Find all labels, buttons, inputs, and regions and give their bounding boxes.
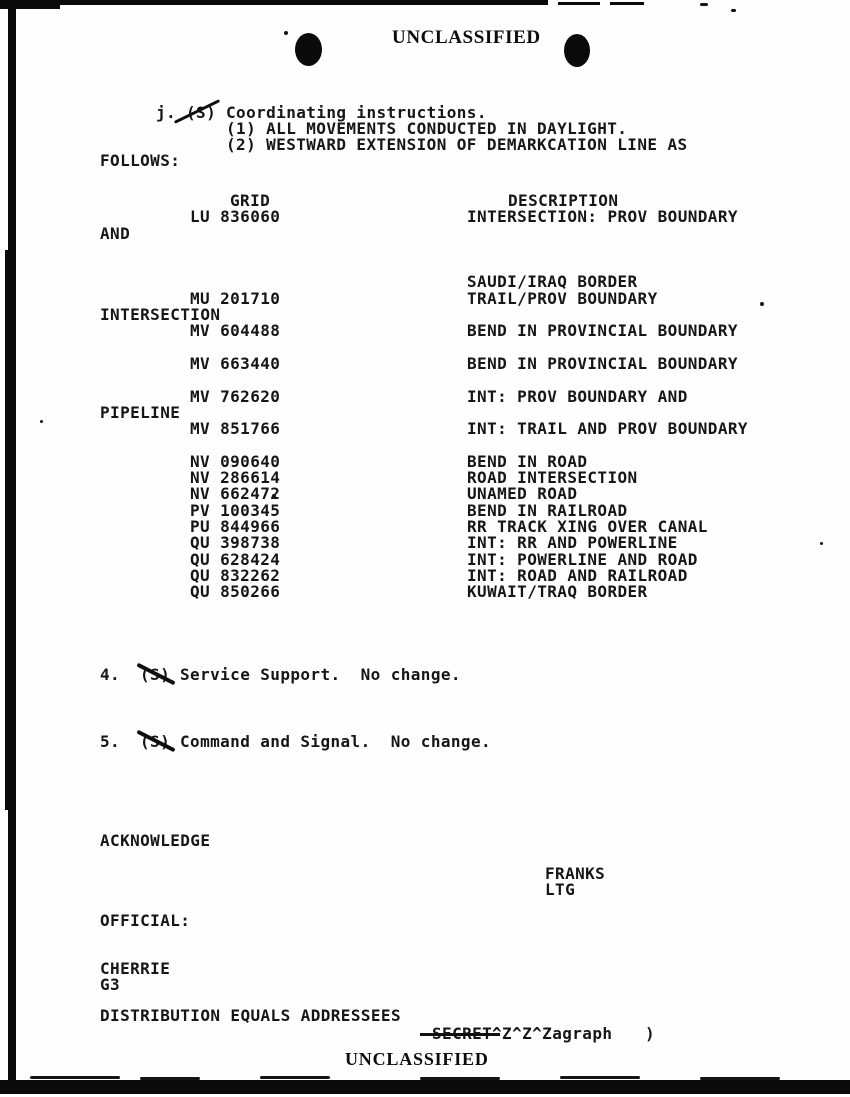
description-cell: INT: PROV BOUNDARY AND (467, 389, 688, 405)
scan-speck-3 (284, 31, 288, 35)
scan-left-border-shadow (5, 250, 8, 810)
scan-left-border (8, 0, 16, 1082)
secret-strikethrough-mark (420, 1033, 500, 1036)
ink-blob-right (564, 34, 590, 67)
description-cell: BEND IN PROVINCIAL BOUNDARY (467, 323, 738, 339)
grid-table-rows: LU 836060INTERSECTION: PROV BOUNDARYANDS… (100, 209, 800, 600)
description-cell: INTERSECTION: PROV BOUNDARY (467, 209, 738, 225)
para-j-classification-marker: (S) (186, 105, 216, 121)
distribution-line: DISTRIBUTION EQUALS ADDRESSEES (100, 1008, 401, 1024)
scan-bottom-dash-3 (260, 1076, 330, 1079)
para-4-number: 4. (100, 667, 120, 683)
para-5-classification-marker: (S) (140, 734, 170, 750)
description-cell: INT: RR AND POWERLINE (467, 535, 678, 551)
grid-coordinate-cell: NV 662472 (190, 486, 280, 502)
table-row: AND (100, 226, 800, 242)
para-j-label: j. (156, 105, 176, 121)
para-j-item-2: (2) WESTWARD EXTENSION OF DEMARKCATION L… (226, 137, 688, 153)
description-wrap-word: PIPELINE (100, 405, 180, 421)
teletype-paren: ) (645, 1026, 655, 1042)
para-4-classification-marker: (S) (140, 667, 170, 683)
scan-bottom-dash-5 (560, 1076, 640, 1079)
table-row: MV 663440BEND IN PROVINCIAL BOUNDARY (100, 356, 800, 372)
table-row: MV 762620INT: PROV BOUNDARY AND (100, 389, 800, 405)
scan-top-edge (0, 0, 548, 5)
scan-speck-6 (820, 542, 823, 545)
description-cell: UNAMED ROAD (467, 486, 577, 502)
scan-bottom-edge (0, 1080, 850, 1094)
scan-speck-7 (40, 420, 43, 423)
blank-line (100, 242, 800, 258)
table-row: QU 850266KUWAIT/TRAQ BORDER (100, 584, 800, 600)
grid-coordinate-cell: MV 762620 (190, 389, 280, 405)
scan-bottom-dash-1 (30, 1076, 120, 1079)
signature-rank: LTG (545, 882, 575, 898)
description-cell: INT: TRAIL AND PROV BOUNDARY (467, 421, 748, 437)
para-5-text: Command and Signal. No change. (180, 734, 491, 750)
scan-speck-1 (700, 3, 708, 6)
table-row: MV 851766INT: TRAIL AND PROV BOUNDARY (100, 421, 800, 437)
authenticator-section: G3 (100, 977, 120, 993)
blank-line (100, 258, 800, 274)
table-row: MV 604488BEND IN PROVINCIAL BOUNDARY (100, 323, 800, 339)
description-cell: KUWAIT/TRAQ BORDER (467, 584, 648, 600)
scan-top-dash-1 (558, 2, 600, 5)
official-label: OFFICIAL: (100, 913, 190, 929)
grid-table: GRID DESCRIPTION LU 836060INTERSECTION: … (100, 193, 800, 600)
table-row: LU 836060INTERSECTION: PROV BOUNDARY (100, 209, 800, 225)
grid-coordinate-cell: QU 398738 (190, 535, 280, 551)
description-cell: TRAIL/PROV BOUNDARY (467, 291, 658, 307)
grid-coordinate-cell: MV 851766 (190, 421, 280, 437)
teletype-trailer: ^Z^Z^Zagraph (492, 1026, 612, 1042)
description-cell: BEND IN PROVINCIAL BOUNDARY (467, 356, 738, 372)
grid-coordinate-cell: QU 850266 (190, 584, 280, 600)
header-classification: UNCLASSIFIED (392, 27, 541, 49)
scan-top-dash-2 (610, 2, 644, 5)
description-wrap-word: AND (100, 226, 130, 242)
footer-classification: UNCLASSIFIED (345, 1049, 489, 1070)
scan-speck-2 (731, 9, 736, 12)
acknowledge-line: ACKNOWLEDGE (100, 833, 210, 849)
document-page: UNCLASSIFIED UNCLASSIFIED j. (S) Coordin… (0, 0, 850, 1097)
grid-coordinate-cell: LU 836060 (190, 209, 280, 225)
grid-coordinate-cell: MV 663440 (190, 356, 280, 372)
para-j-item-2-carry: FOLLOWS: (100, 153, 180, 169)
ink-blob-left (295, 33, 322, 66)
para-5-number: 5. (100, 734, 120, 750)
para-4-text: Service Support. No change. (180, 667, 461, 683)
grid-coordinate-cell: MV 604488 (190, 323, 280, 339)
